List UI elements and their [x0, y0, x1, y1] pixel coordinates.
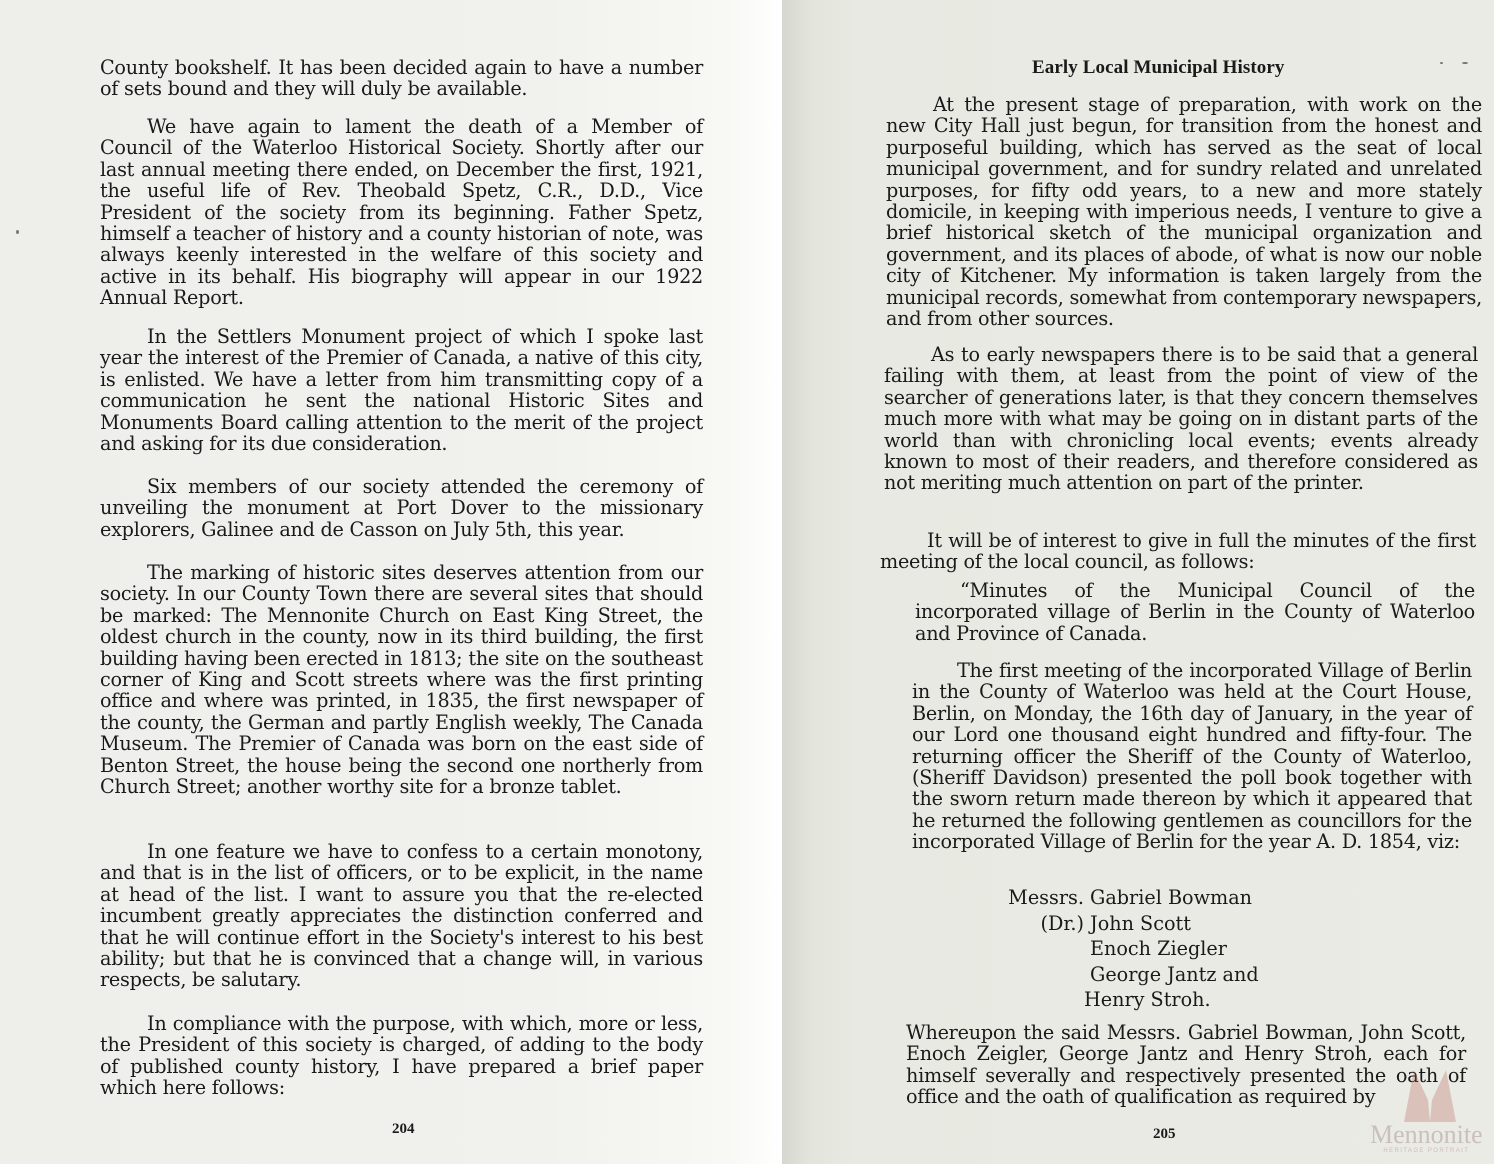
councillor-row: Henry Stroh.: [998, 987, 1259, 1013]
left-paragraph-3: In the Settlers Monument project of whic…: [100, 326, 703, 454]
minutes-closing: Whereupon the said Messrs. Gabriel Bowma…: [906, 1022, 1466, 1108]
left-paragraph-5: The marking of historic sites deserves a…: [100, 562, 703, 797]
paper-speck: [1440, 62, 1443, 64]
left-paragraph-1: County bookshelf. It has been decided ag…: [100, 57, 703, 100]
left-paragraph-6: In one feature we have to confess to a c…: [100, 841, 703, 991]
councillor-row: Enoch Ziegler: [998, 936, 1259, 962]
page-number-left: 204: [392, 1121, 415, 1138]
minutes-title: “Minutes of the Municipal Council of the…: [915, 580, 1475, 644]
councillor-row: Messrs. Gabriel Bowman: [998, 885, 1259, 911]
right-paragraph-1: At the present stage of preparation, wit…: [886, 94, 1482, 329]
page-number-right: 205: [1153, 1126, 1176, 1143]
councillor-row: (Dr.) John Scott: [998, 911, 1259, 937]
minutes-body: The first meeting of the incorporated Vi…: [912, 660, 1472, 853]
paper-speck: [1462, 62, 1468, 64]
watermark: Mennonite HERITAGE PORTRAIT: [1370, 1122, 1483, 1154]
right-paragraph-2: As to early newspapers there is to be sa…: [884, 344, 1478, 494]
left-paragraph-7: In compliance with the purpose, with whi…: [100, 1013, 703, 1099]
right-paragraph-3: It will be of interest to give in full t…: [880, 530, 1476, 573]
mennonite-logo-icon: [1400, 1062, 1460, 1124]
left-paragraph-2: We have again to lament the death of a M…: [100, 116, 703, 309]
section-heading: Early Local Municipal History: [1032, 57, 1285, 79]
councillor-row: George Jantz and: [998, 962, 1259, 988]
councillors-list: Messrs. Gabriel Bowman (Dr.) John Scott …: [998, 885, 1259, 1013]
left-paragraph-4: Six members of our society attended the …: [100, 476, 703, 540]
paper-speck: [16, 230, 19, 234]
